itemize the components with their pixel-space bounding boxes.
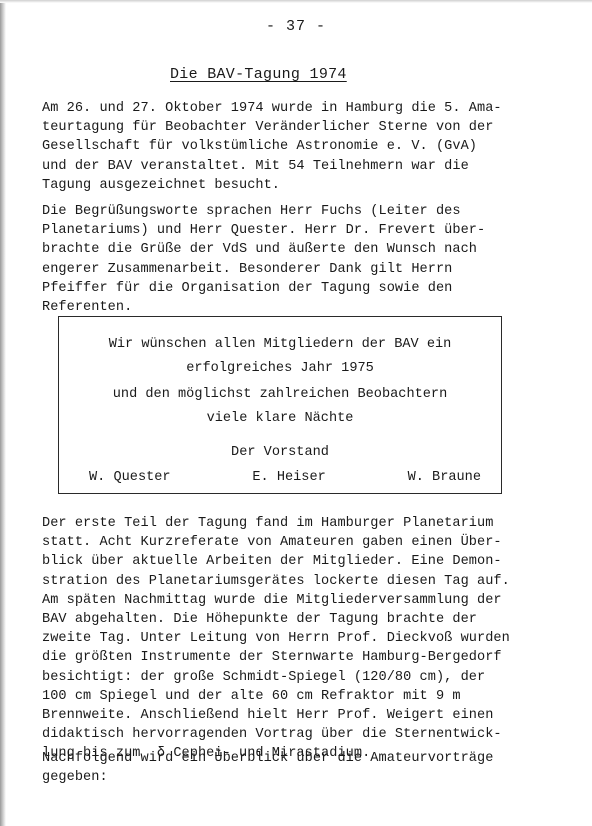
page-title: Die BAV-Tagung 1974 bbox=[170, 66, 347, 83]
text-line: BAV abgehalten. Die Höhepunkte der Tagun… bbox=[42, 610, 562, 629]
text-line: didaktisch hervorragenden Vortrag über d… bbox=[42, 725, 562, 744]
greeting-line: erfolgreiches Jahr 1975 bbox=[59, 361, 501, 376]
text-line: Tagung ausgezeichnet besucht. bbox=[42, 176, 562, 195]
scan-edge bbox=[0, 0, 6, 826]
greeting-line: und den möglichst zahlreichen Beobachter… bbox=[59, 387, 501, 402]
paragraph-greetings: Die Begrüßungsworte sprachen Herr Fuchs … bbox=[42, 202, 562, 317]
text-line: Am 26. und 27. Oktober 1974 wurde in Ham… bbox=[42, 99, 562, 118]
paragraph-program: Der erste Teil der Tagung fand im Hambur… bbox=[42, 514, 562, 764]
greeting-line: Wir wünschen allen Mitgliedern der BAV e… bbox=[59, 337, 501, 352]
text-line: Brennweite. Anschließend hielt Herr Prof… bbox=[42, 706, 562, 725]
text-line: Nachfolgend wird ein Überblick über die … bbox=[42, 749, 562, 768]
text-line: Gesellschaft für volkstümliche Astronomi… bbox=[42, 137, 562, 156]
text-line: Referenten. bbox=[42, 298, 562, 317]
text-line: Pfeiffer für die Organisation der Tagung… bbox=[42, 279, 562, 298]
text-line: blick über aktuelle Arbeiten der Mitglie… bbox=[42, 552, 562, 571]
text-line: brachte die Grüße der VdS und äußerte de… bbox=[42, 240, 562, 259]
text-line: engerer Zusammenarbeit. Besonderer Dank … bbox=[42, 260, 562, 279]
page-number: - 37 - bbox=[0, 18, 592, 35]
text-line: Die Begrüßungsworte sprachen Herr Fuchs … bbox=[42, 202, 562, 221]
greeting-box: Wir wünschen allen Mitgliedern der BAV e… bbox=[58, 316, 502, 494]
text-line: Am späten Nachmittag wurde die Mitgliede… bbox=[42, 591, 562, 610]
text-line: statt. Acht Kurzreferate von Amateuren g… bbox=[42, 533, 562, 552]
text-line: die größten Instrumente der Sternwarte H… bbox=[42, 648, 562, 667]
scan-edge-top bbox=[0, 0, 592, 3]
text-line: besichtigt: der große Schmidt-Spiegel (1… bbox=[42, 668, 562, 687]
text-line: stration des Planetariumsgerätes lockert… bbox=[42, 572, 562, 591]
text-line: und der BAV veranstaltet. Mit 54 Teilneh… bbox=[42, 157, 562, 176]
signatory: W. Braune bbox=[408, 470, 481, 485]
signatory: W. Quester bbox=[89, 470, 171, 485]
paragraph-intro: Am 26. und 27. Oktober 1974 wurde in Ham… bbox=[42, 99, 562, 195]
text-line: teurtagung für Beobachter Veränderlicher… bbox=[42, 118, 562, 137]
paragraph-overview: Nachfolgend wird ein Überblick über die … bbox=[42, 749, 562, 787]
greeting-signoff: Der Vorstand bbox=[59, 445, 501, 460]
signatures: W. Quester E. Heiser W. Braune bbox=[89, 470, 481, 485]
text-line: Planetariums) und Herr Quester. Herr Dr.… bbox=[42, 221, 562, 240]
text-line: 100 cm Spiegel und der alte 60 cm Refrak… bbox=[42, 687, 562, 706]
signatory: E. Heiser bbox=[252, 470, 325, 485]
text-line: gegeben: bbox=[42, 768, 562, 787]
text-line: zweite Tag. Unter Leitung von Herrn Prof… bbox=[42, 629, 562, 648]
text-line: Der erste Teil der Tagung fand im Hambur… bbox=[42, 514, 562, 533]
greeting-line: viele klare Nächte bbox=[59, 411, 501, 426]
